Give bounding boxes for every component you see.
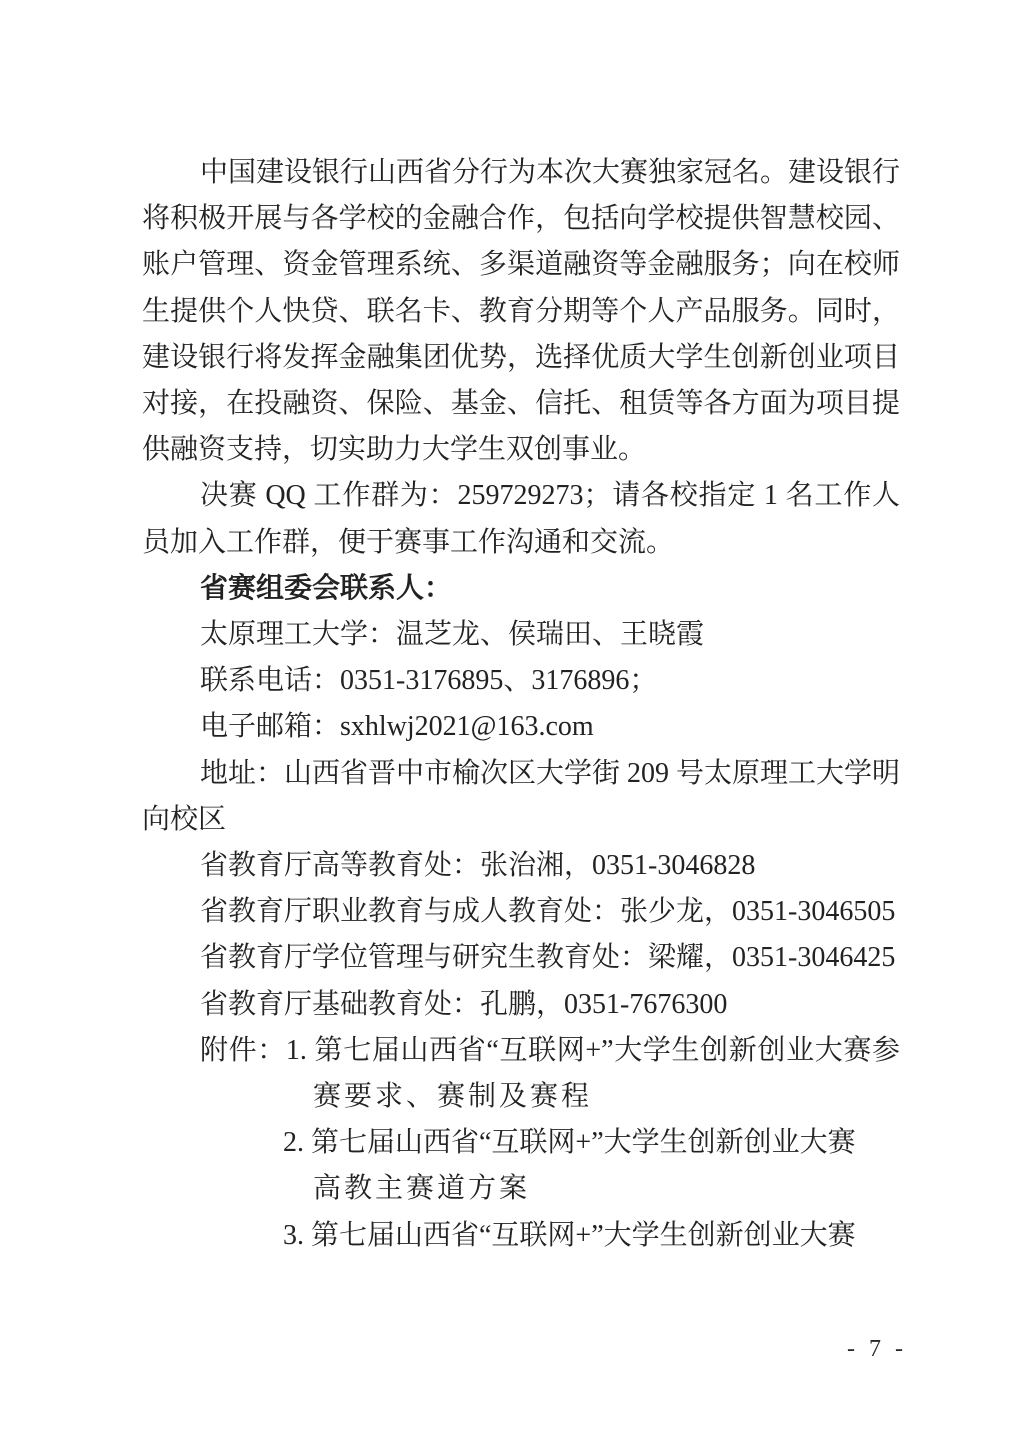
document-line: 对接，在投融资、保险、基金、信托、租赁等各方面为项目提 bbox=[142, 381, 900, 427]
document-line: 附件：1. 第七届山西省“互联网+”大学生创新创业大赛参 bbox=[142, 1028, 900, 1074]
document-line: 省教育厅高等教育处：张治湘，0351-3046828 bbox=[142, 843, 900, 889]
document-line: 省教育厅职业教育与成人教育处：张少龙，0351-3046505 bbox=[142, 889, 900, 935]
document-line: 向校区 bbox=[142, 797, 900, 843]
document-line: 电子邮箱：sxhlwj2021@163.com bbox=[142, 704, 900, 750]
document-line: 联系电话：0351-3176895、3176896； bbox=[142, 658, 900, 704]
document-body: 中国建设银行山西省分行为本次大赛独家冠名。建设银行将积极开展与各学校的金融合作，… bbox=[142, 150, 900, 1259]
document-line: 生提供个人快贷、联名卡、教育分期等个人产品服务。同时， bbox=[142, 289, 900, 335]
document-line: 2. 第七届山西省“互联网+”大学生创新创业大赛 bbox=[142, 1120, 900, 1166]
document-line: 赛要求、赛制及赛程 bbox=[142, 1074, 900, 1120]
document-page: 中国建设银行山西省分行为本次大赛独家冠名。建设银行将积极开展与各学校的金融合作，… bbox=[0, 0, 1024, 1448]
document-line: 省教育厅学位管理与研究生教育处：梁耀，0351-3046425 bbox=[142, 935, 900, 981]
document-line: 决赛 QQ 工作群为：259729273；请各校指定 1 名工作人 bbox=[142, 473, 900, 519]
document-line: 高教主赛道方案 bbox=[142, 1166, 900, 1212]
document-line: 员加入工作群，便于赛事工作沟通和交流。 bbox=[142, 520, 900, 566]
document-line: 省赛组委会联系人： bbox=[142, 566, 900, 612]
document-line: 地址：山西省晋中市榆次区大学街 209 号太原理工大学明 bbox=[142, 751, 900, 797]
document-line: 账户管理、资金管理系统、多渠道融资等金融服务；向在校师 bbox=[142, 242, 900, 288]
document-line: 供融资支持，切实助力大学生双创事业。 bbox=[142, 427, 900, 473]
document-line: 省教育厅基础教育处：孔鹏，0351-7676300 bbox=[142, 982, 900, 1028]
document-line: 将积极开展与各学校的金融合作，包括向学校提供智慧校园、 bbox=[142, 196, 900, 242]
document-line: 中国建设银行山西省分行为本次大赛独家冠名。建设银行 bbox=[142, 150, 900, 196]
document-line: 太原理工大学：温芝龙、侯瑞田、王晓霞 bbox=[142, 612, 900, 658]
page-number: - 7 - bbox=[847, 1336, 907, 1363]
document-line: 3. 第七届山西省“互联网+”大学生创新创业大赛 bbox=[142, 1213, 900, 1259]
document-line: 建设银行将发挥金融集团优势，选择优质大学生创新创业项目 bbox=[142, 335, 900, 381]
